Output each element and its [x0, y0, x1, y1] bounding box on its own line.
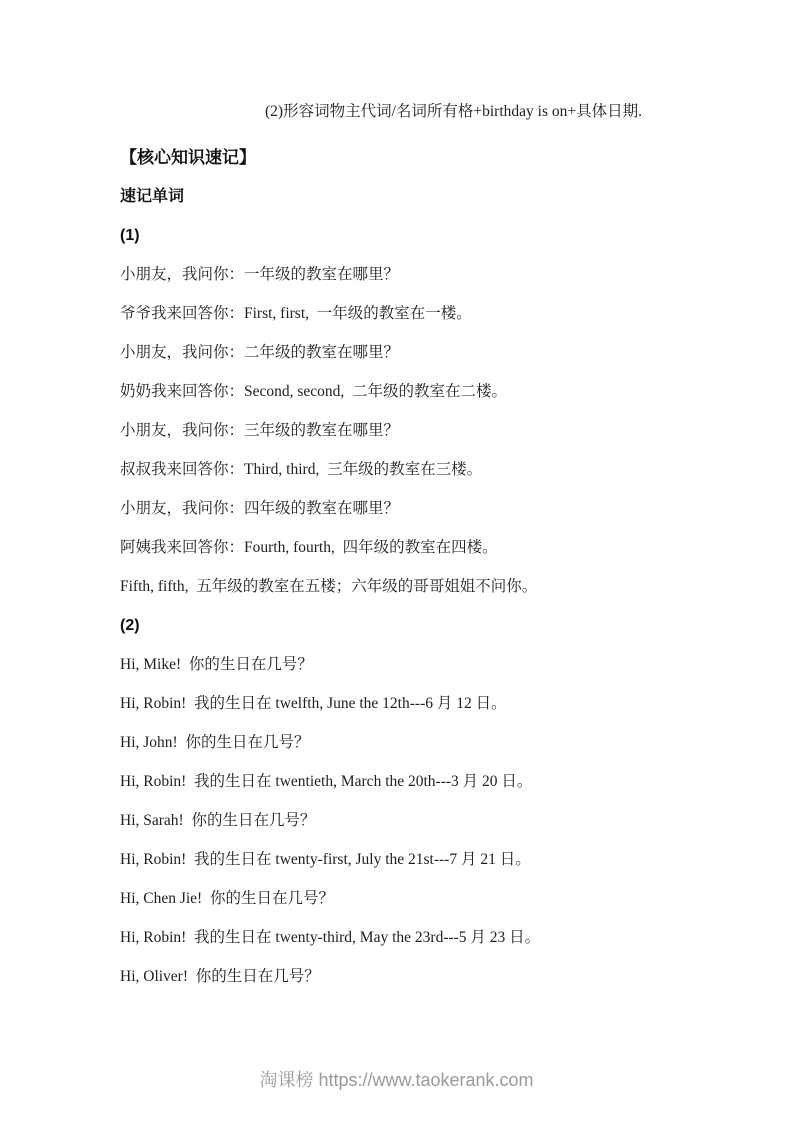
doc-line: 小朋友，我问你：二年级的教室在哪里？: [120, 341, 703, 365]
doc-line: 小朋友，我问你：三年级的教室在哪里？: [120, 419, 703, 443]
doc-line: Hi, Robin! 我的生日在 twentieth, March the 20…: [120, 770, 703, 794]
doc-line: Hi, Robin! 我的生日在 twenty-first, July the …: [120, 848, 703, 872]
doc-line: Fifth, fifth, 五年级的教室在五楼；六年级的哥哥姐姐不问你。: [120, 575, 703, 599]
page-footer: 淘课榜 https://www.taokerank.com: [0, 1068, 793, 1092]
doc-line: 小朋友，我问你：四年级的教室在哪里？: [120, 497, 703, 521]
part1-label: (1): [120, 224, 703, 248]
document-page: (2)形容词物主代词/名词所有格+birthday is on+具体日期. 【核…: [0, 0, 793, 1122]
doc-line: 叔叔我来回答你：Third, third, 三年级的教室在三楼。: [120, 458, 703, 482]
doc-line: 小朋友，我问你：一年级的教室在哪里？: [120, 263, 703, 287]
doc-line: Hi, Chen Jie! 你的生日在几号？: [120, 887, 703, 911]
subsection-heading: 速记单词: [120, 185, 703, 209]
footer-watermark: 淘课榜 https://www.taokerank.com: [259, 1070, 533, 1090]
doc-line: Hi, Mike! 你的生日在几号？: [120, 653, 703, 677]
document-content: (2)形容词物主代词/名词所有格+birthday is on+具体日期. 【核…: [120, 100, 703, 1004]
doc-line: 阿姨我来回答你：Fourth, fourth, 四年级的教室在四楼。: [120, 536, 703, 560]
doc-line: Hi, Oliver! 你的生日在几号？: [120, 965, 703, 989]
doc-line: Hi, John! 你的生日在几号？: [120, 731, 703, 755]
doc-line: Hi, Sarah! 你的生日在几号？: [120, 809, 703, 833]
doc-line: Hi, Robin! 我的生日在 twelfth, June the 12th-…: [120, 692, 703, 716]
doc-line: 奶奶我来回答你：Second, second, 二年级的教室在二楼。: [120, 380, 703, 404]
continuation-line: (2)形容词物主代词/名词所有格+birthday is on+具体日期.: [265, 100, 703, 124]
doc-line: 爷爷我来回答你：First, first, 一年级的教室在一楼。: [120, 302, 703, 326]
part2-label: (2): [120, 614, 703, 638]
section-heading: 【核心知识速记】: [120, 146, 703, 170]
doc-line: Hi, Robin! 我的生日在 twenty-third, May the 2…: [120, 926, 703, 950]
